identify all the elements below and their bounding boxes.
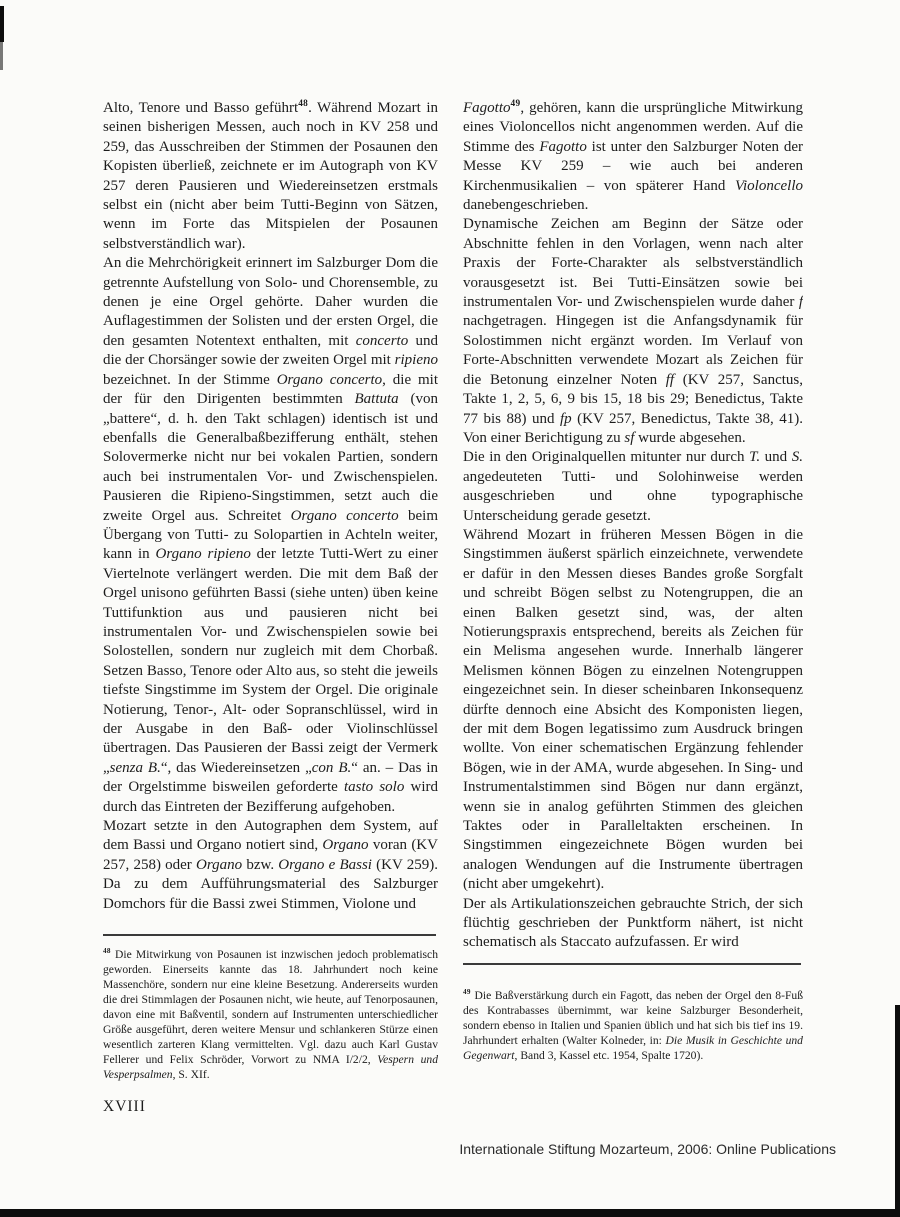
paragraph: Die in den Originalquellen mitunter nur … [463,448,803,526]
paragraph: 49 Die Baßverstärkung durch ein Fagott, … [463,988,803,1063]
footnote-49: 49 Die Baßverstärkung durch ein Fagott, … [463,988,803,1083]
scan-artifact-left-edge [0,6,4,42]
footnote-48: 48 Die Mitwirkung von Posaunen ist inzwi… [103,947,438,1085]
scan-artifact-right-edge [895,1005,900,1217]
footnote-separator-left [103,934,436,936]
scanned-document-page: Alto, Tenore und Basso geführt48. Währen… [0,0,900,1217]
footnote-separator-right [463,963,801,965]
paragraph: Der als Artikulationszeichen gebrauchte … [463,895,803,953]
footnote-marker: 48 [103,947,111,955]
right-text-column: Fagotto49, gehören, kann die ursprünglic… [463,99,803,961]
paragraph: Mozart setzte in den Autographen dem Sys… [103,817,438,914]
paragraph: 48 Die Mitwirkung von Posaunen ist inzwi… [103,947,438,1082]
paragraph: Dynamische Zeichen am Beginn der Sätze o… [463,215,803,448]
scan-artifact-bottom-edge [0,1209,900,1217]
paragraph: Während Mozart in früheren Messen Bögen … [463,526,803,895]
left-text-column: Alto, Tenore und Basso geführt48. Währen… [103,99,438,935]
paragraph: An die Mehrchörigkeit erinnert im Salzbu… [103,254,438,817]
footnote-marker: 49 [511,99,521,109]
footnote-marker: 48 [298,99,308,109]
paragraph: Alto, Tenore und Basso geführt48. Währen… [103,99,438,254]
scan-artifact-left-edge-faint [0,42,3,70]
footer-credit: Internationale Stiftung Mozarteum, 2006:… [459,1141,836,1157]
page-number: XVIII [103,1098,146,1116]
paragraph: Fagotto49, gehören, kann die ursprünglic… [463,99,803,215]
footnote-marker: 49 [463,988,471,996]
